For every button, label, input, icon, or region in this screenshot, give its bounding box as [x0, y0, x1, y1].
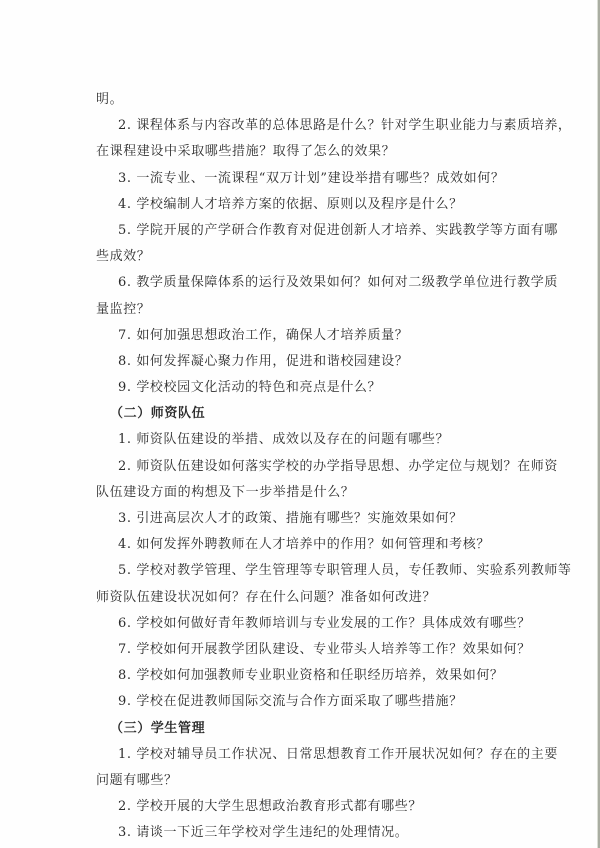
question-1-line-2: 问题有哪些？ [96, 768, 520, 794]
question-7: 7. 如何加强思想政治工作，确保人才培养质量？ [96, 323, 520, 349]
question-3: 3. 引进高层次人才的政策、措施有哪些？实施效果如何？ [96, 506, 520, 532]
section-heading: （三）学生管理 [96, 716, 520, 742]
question-5-line-2: 些成效？ [96, 244, 520, 270]
question-6: 6. 学校如何做好青年教师培训与专业发展的工作？具体成效有哪些？ [96, 611, 520, 637]
question-2-line-2: 在课程建设中采取哪些措施？取得了怎么的效果？ [96, 139, 520, 165]
section-heading: （二）师资队伍 [96, 401, 520, 427]
section-faculty: （二）师资队伍 1. 师资队伍建设的举措、成效以及存在的问题有哪些？ 2. 师资… [96, 401, 520, 715]
question-2-line-2: 队伍建设方面的构想及下一步举措是什么？ [96, 480, 520, 506]
question-9: 9. 学校在促进教师国际交流与合作方面采取了哪些措施？ [96, 689, 520, 715]
question-5-line-1: 5. 学校对教学管理、学生管理等专职管理人员，专任教师、实验系列教师等 [96, 558, 520, 584]
question-4: 4. 如何发挥外聘教师在人才培养中的作用？如何管理和考核？ [96, 532, 520, 558]
question-2-line-1: 2. 师资队伍建设如何落实学校的办学指导思想、办学定位与规划？在师资 [96, 454, 520, 480]
question-3: 3. 请谈一下近三年学校对学生违纪的处理情况。 [96, 820, 520, 846]
section-student-management: （三）学生管理 1. 学校对辅导员工作状况、日常思想教育工作开展状况如何？存在的… [96, 716, 520, 847]
question-5-line-1: 5. 学院开展的产学研合作教育对促进创新人才培养、实践教学等方面有哪 [96, 218, 520, 244]
question-9: 9. 学校校园文化活动的特色和亮点是什么？ [96, 375, 520, 401]
question-8: 8. 如何发挥凝心聚力作用，促进和谐校园建设？ [96, 349, 520, 375]
question-1-line-1: 1. 学校对辅导员工作状况、日常思想教育工作开展状况如何？存在的主要 [96, 742, 520, 768]
document-body: 明。 2. 课程体系与内容改革的总体思路是什么？针对学生职业能力与素质培养， 在… [96, 87, 520, 846]
question-1: 1. 师资队伍建设的举措、成效以及存在的问题有哪些？ [96, 427, 520, 453]
continuation-text: 明。 [96, 87, 520, 113]
section-teaching: 2. 课程体系与内容改革的总体思路是什么？针对学生职业能力与素质培养， 在课程建… [96, 113, 520, 401]
question-8: 8. 学校如何加强教师专业职业资格和任职经历培养，效果如何？ [96, 663, 520, 689]
question-6-line-2: 量监控？ [96, 297, 520, 323]
question-6-line-1: 6. 教学质量保障体系的运行及效果如何？如何对二级教学单位进行教学质 [96, 270, 520, 296]
document-page: 明。 2. 课程体系与内容改革的总体思路是什么？针对学生职业能力与素质培养， 在… [0, 0, 600, 848]
question-5-line-2: 师资队伍建设状况如何？存在什么问题？准备如何改进？ [96, 585, 520, 611]
question-4: 4. 学校编制人才培养方案的依据、原则以及程序是什么？ [96, 192, 520, 218]
question-2-line-1: 2. 课程体系与内容改革的总体思路是什么？针对学生职业能力与素质培养， [96, 113, 520, 139]
question-2: 2. 学校开展的大学生思想政治教育形式都有哪些？ [96, 794, 520, 820]
question-7: 7. 学校如何开展教学团队建设、专业带头人培养等工作？效果如何？ [96, 637, 520, 663]
question-3: 3. 一流专业、一流课程“双万计划”建设举措有哪些？成效如何？ [96, 166, 520, 192]
